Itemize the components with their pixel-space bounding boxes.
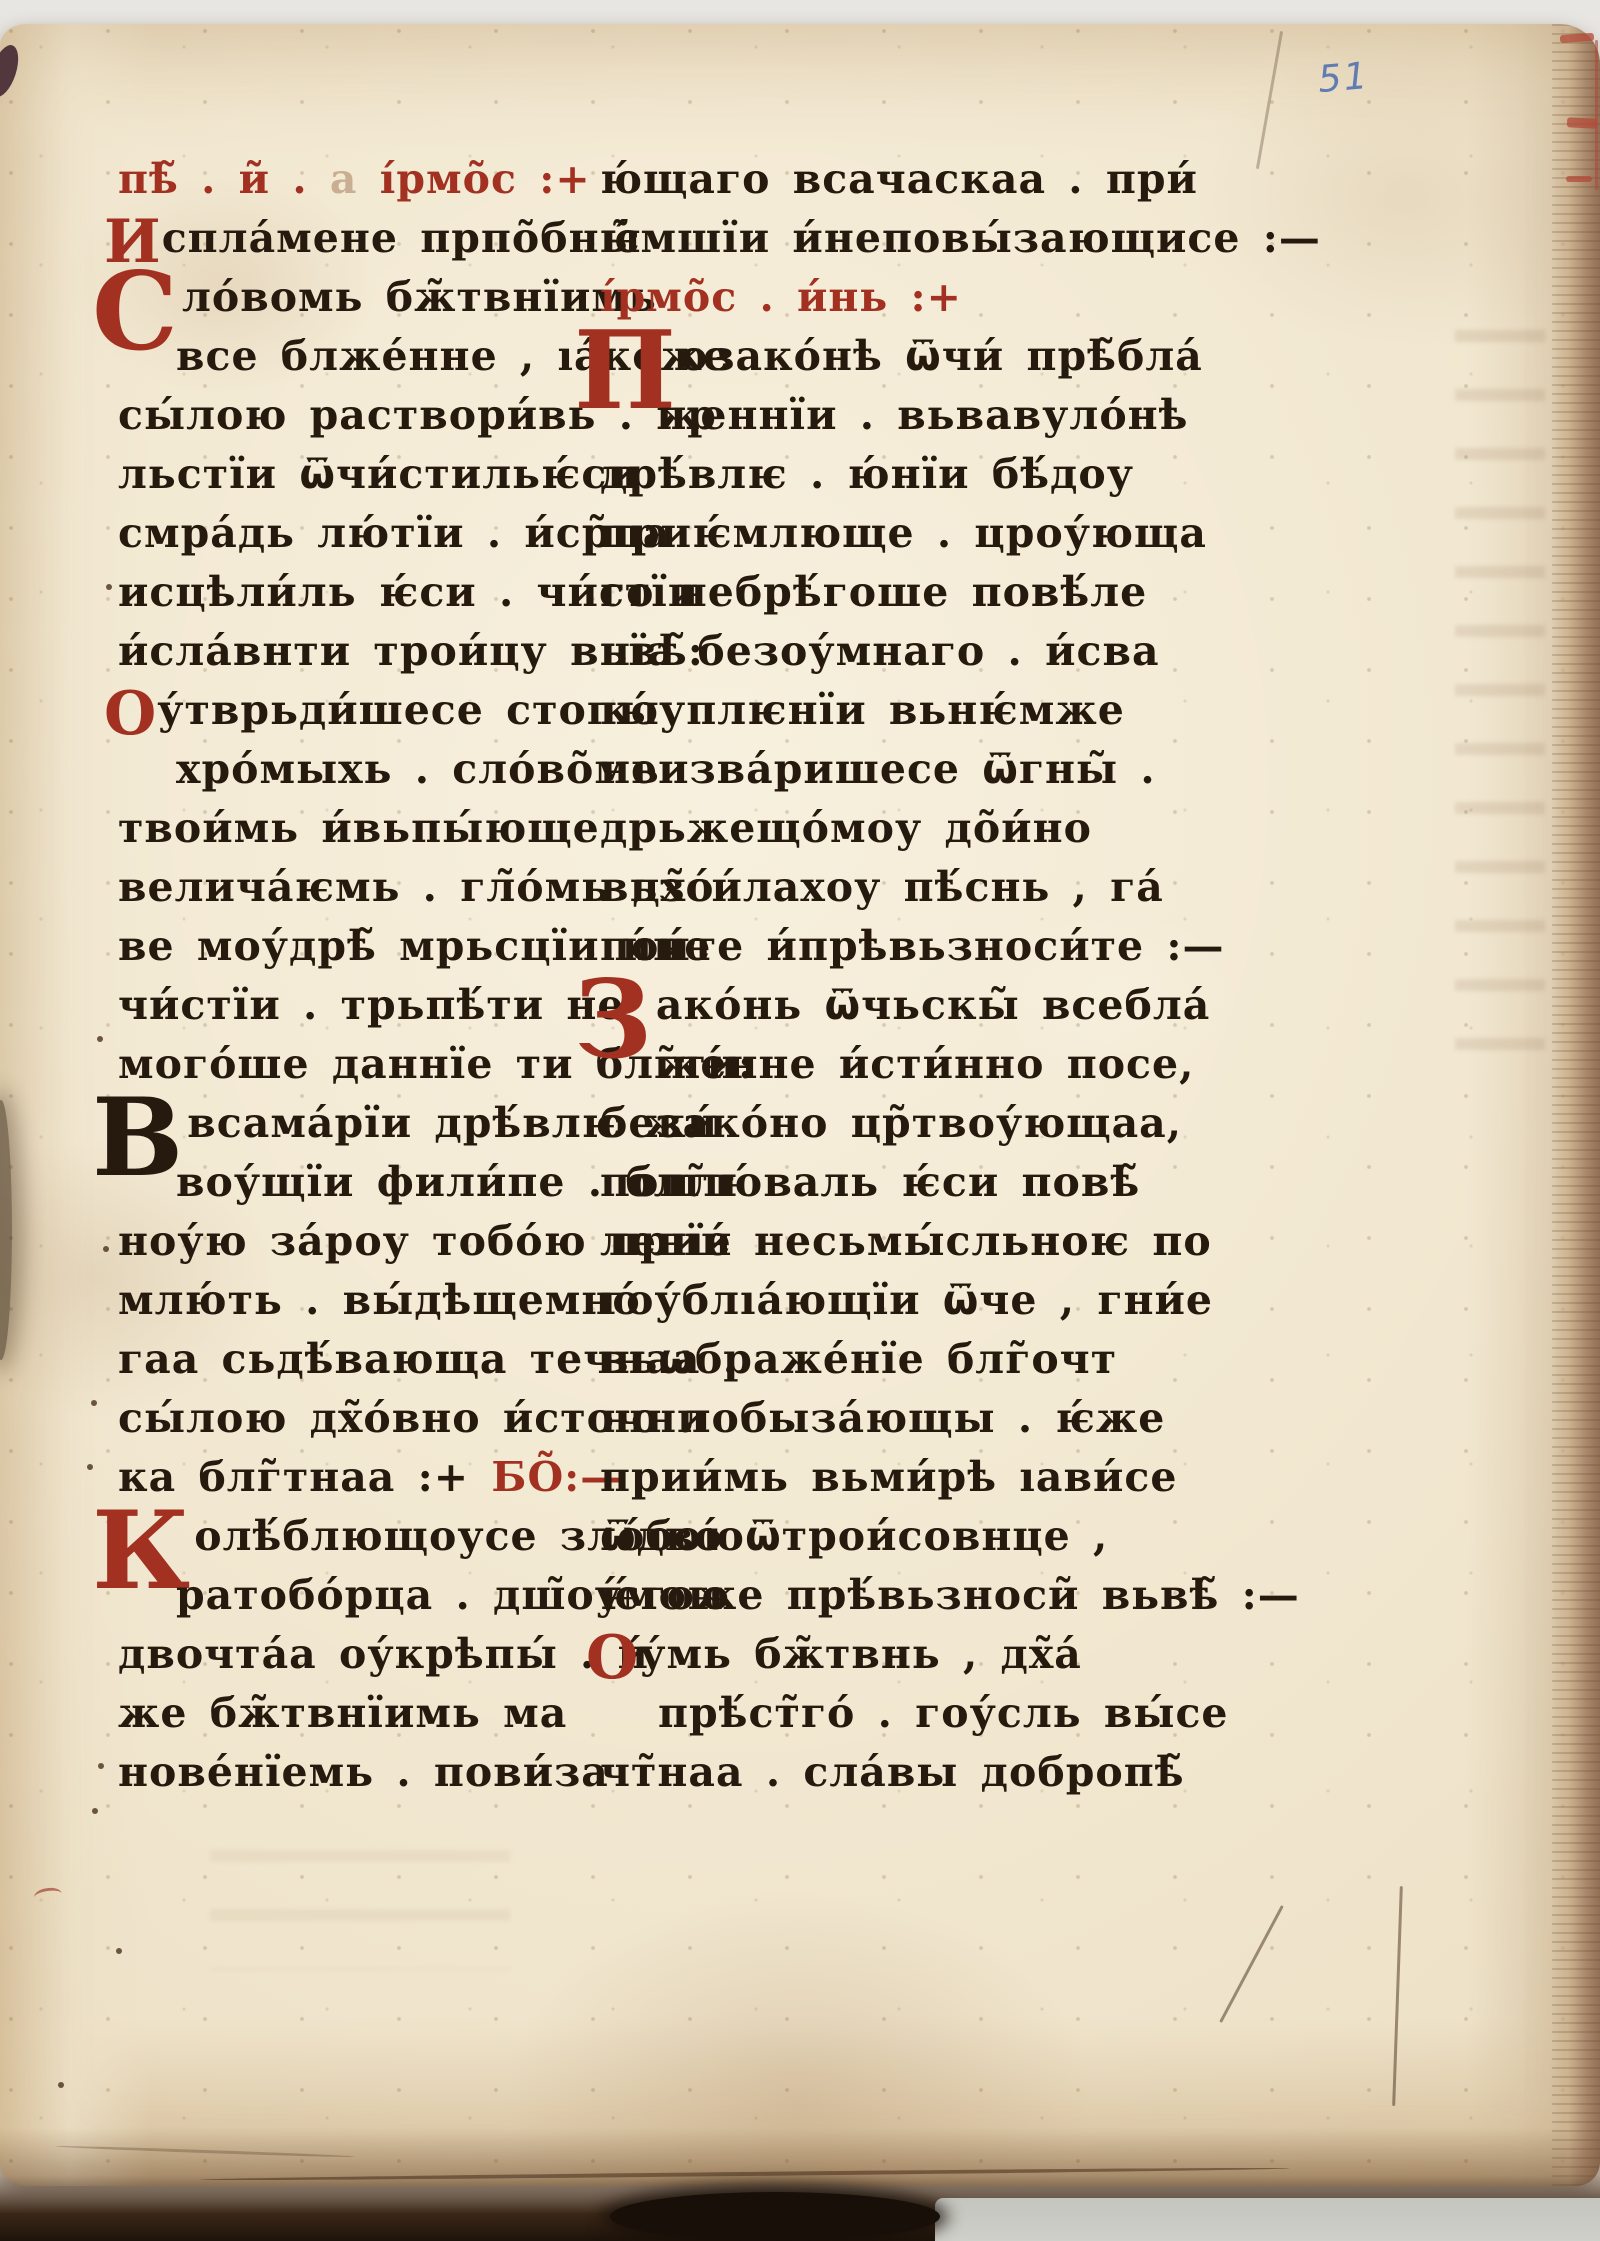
text-line: нїа безоу́мнаго . и́сва — [600, 622, 1321, 681]
text-line: ю́щаго всачаскаа . при́ — [600, 150, 1321, 209]
text-line: приѥ́млюще . цроу́юща — [600, 504, 1321, 563]
body-text: дрьжещóмоу до̃и́но — [600, 804, 1092, 852]
text-line: вьѡбражéнїе блг̃очт — [600, 1330, 1321, 1389]
text-line: но лобызáющы . ѥ́же — [600, 1389, 1321, 1448]
text-line: поплю́валь ѥ́си повѣ̃ — [600, 1153, 1321, 1212]
text-line: женнїи . вьвавулóнѣ — [600, 386, 1321, 445]
body-text: акóнь ѿчьскы̃ всеблá — [656, 981, 1210, 1029]
red-edge-stain — [1567, 117, 1597, 129]
body-text: же бж̃твнїимь ма — [118, 1689, 567, 1737]
text-line: жéнне и́сти́нно посе, — [600, 1035, 1321, 1094]
wormhole-dot — [103, 1246, 109, 1252]
body-text: приѥ́млюще . цроу́юща — [600, 509, 1207, 557]
text-line: ѿдво́ ѿтрои́совнце , — [600, 1507, 1321, 1566]
body-text: женнїи . вьвавулóнѣ — [658, 391, 1189, 439]
wormhole-dot — [98, 1763, 104, 1769]
body-text: безакóно цр̃твоу́ющаа, — [600, 1099, 1182, 1147]
body-text: льстїи ѿчи́стильѥ́си — [118, 450, 639, 498]
book-fore-edge — [1552, 24, 1600, 2186]
red-edge-stain — [1595, 40, 1598, 190]
body-text: чт̃наа . слáвы добропѣ̃ — [600, 1748, 1185, 1796]
text-line: Закóнь ѿчьскы̃ всеблá — [600, 976, 1321, 1035]
body-text: гоу́блıáющїи ѿче , гни́е — [600, 1276, 1213, 1324]
initial-letter: О — [104, 679, 157, 749]
text-line: прѣ́ст̃гó . гоу́сль вы́се — [600, 1684, 1321, 1743]
text-line: гоу́блıáющїи ѿче , гни́е — [600, 1271, 1321, 1330]
body-text: двочтáа оу́крѣпы́ . и́ — [118, 1630, 649, 1678]
text-line: дрьжещóмоу до̃и́но — [600, 799, 1321, 858]
body-text: ѿдво́ ѿтрои́совнце , — [600, 1512, 1108, 1560]
folio-number: 51 — [1316, 54, 1371, 101]
text-line: Позакóнѣ ѿчи́ прѣ̃блá — [600, 327, 1321, 386]
body-text: хрóмыхь . слóво̃мь — [176, 745, 660, 793]
text-line: дрѣ́влѥ . ю́нїи бѣ́доу — [600, 445, 1321, 504]
body-text: нїа безоу́мнаго . и́сва — [600, 627, 1160, 675]
body-text: но лобызáющы . ѥ́же — [600, 1394, 1165, 1442]
body-text: пои́те и́прѣвьзноси́те :— — [600, 922, 1225, 970]
text-line: неизвáришесе ѿгны̃ . — [600, 740, 1321, 799]
body-text: новéнїемь . пови́за — [118, 1748, 609, 1796]
text-line: чт̃наа . слáвы добропѣ̃ — [600, 1743, 1321, 1802]
body-text: жéнне и́сти́нно посе, — [658, 1040, 1194, 1088]
body-text: у́тврьди́шесе стопы́ — [157, 686, 660, 734]
text-line: ѥ́гоже прѣ́вьзноси̃ вьвѣ̃ :— — [600, 1566, 1321, 1625]
body-text: поплю́валь ѥ́си повѣ̃ — [600, 1158, 1140, 1206]
text-line: ѥ́мшїи и́неповы́зающисе :— — [600, 209, 1321, 268]
wormhole-dot — [106, 584, 112, 590]
wormhole-dot — [116, 1948, 122, 1954]
body-text: прии́мь вьми́рѣ ıави́се — [600, 1453, 1177, 1501]
text-line: Оу́мь бж̃твнь , дх̃á — [600, 1625, 1321, 1684]
bleed-through-text: а — [308, 155, 380, 203]
body-text: смрáдь лю́тїи . и́ср̃ца — [118, 509, 670, 557]
body-text: у́мь бж̃твнь , дх̃á — [639, 1630, 1082, 1678]
text-line: ленїе несьмы́сльноѥ по — [600, 1212, 1321, 1271]
red-edge-stain — [1566, 176, 1592, 182]
body-text: вьзси́лахоу пѣ́снь , гá — [600, 863, 1164, 911]
body-text: сплáмене прпо̃бны̃ — [162, 214, 642, 262]
body-text: прѣ́ст̃гó . гоу́сль вы́се — [658, 1689, 1229, 1737]
body-text: вьѡбражéнїе блг̃очт — [600, 1335, 1117, 1383]
body-text: го небрѣ́гоше повѣ́ле — [600, 568, 1147, 616]
rubric-text: і́рмо̃с :+ — [380, 155, 591, 203]
text-line: коуплѥнїи вьнѥ́мже — [600, 681, 1321, 740]
body-text: твои́мь и́вьпы́юще — [118, 804, 600, 852]
body-text: ю́щаго всачаскаа . при́ — [600, 155, 1198, 203]
wormhole-dot — [58, 2082, 64, 2088]
text-line: безакóно цр̃твоу́ющаа, — [600, 1094, 1321, 1153]
text-line: прии́мь вьми́рѣ ıави́се — [600, 1448, 1321, 1507]
wormhole-dot — [97, 1036, 103, 1042]
body-text: ѥ́мшїи и́неповы́зающисе :— — [600, 214, 1321, 262]
wormhole-dot — [91, 1400, 97, 1406]
text-line: пои́те и́прѣвьзноси́те :— — [600, 917, 1321, 976]
body-text: ленїе несьмы́сльноѥ по — [600, 1217, 1212, 1265]
body-text: коуплѥнїи вьнѥ́мже — [600, 686, 1125, 734]
body-text: дрѣ́влѥ . ю́нїи бѣ́доу — [600, 450, 1134, 498]
body-text: ѥ́гоже прѣ́вьзноси̃ вьвѣ̃ :— — [600, 1571, 1300, 1619]
text-line: вьзси́лахоу пѣ́снь , гá — [600, 858, 1321, 917]
body-text: озакóнѣ ѿчи́ прѣ̃блá — [680, 332, 1203, 380]
text-line: і́рмо̃с . и́нь :+ — [600, 268, 1321, 327]
bottom-table-strip — [935, 2198, 1600, 2241]
body-text: неизвáришесе ѿгны̃ . — [600, 745, 1156, 793]
rubric-text: пѣ̃ . и̃ . — [118, 155, 308, 203]
column-right: ю́щаго всачаскаа . при́ѥ́мшїи и́неповы́з… — [600, 150, 1321, 1802]
text-line: го небрѣ́гоше повѣ́ле — [600, 563, 1321, 622]
wormhole-dot — [92, 1808, 98, 1814]
wormhole-dot — [87, 1464, 93, 1470]
body-text: млю́ть . вы́дѣщемнó — [118, 1276, 641, 1324]
initial-letter: О — [586, 1623, 639, 1693]
bottom-dark-stain — [610, 2192, 940, 2241]
body-text: чи́стїи . трьпѣ́ти не — [118, 981, 625, 1029]
